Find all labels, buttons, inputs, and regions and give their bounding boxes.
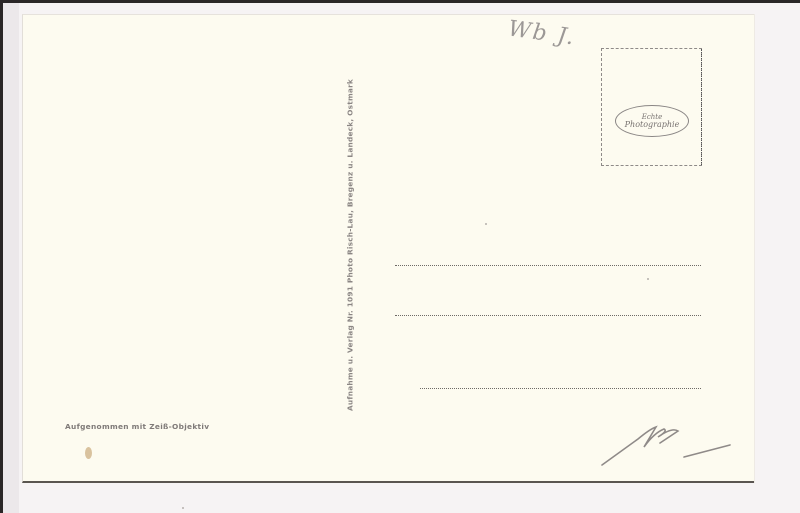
stain-mark [85, 447, 92, 459]
stamp-box: Echte Photographie [601, 48, 702, 166]
postcard-back: Aufnahme u. Verlag Nr. 1091 Photo Risch-… [22, 14, 754, 483]
handwritten-note: Wb J. [507, 16, 578, 50]
echte-photographie-logo: Echte Photographie [615, 105, 689, 137]
speck [485, 223, 487, 225]
scan-edge-top [0, 0, 800, 3]
logo-line-2: Photographie [625, 121, 680, 129]
address-line-1 [395, 265, 701, 266]
address-line-3 [420, 388, 701, 389]
signature-icon [598, 413, 738, 473]
scan-shadow [3, 3, 19, 513]
speck [182, 507, 184, 509]
lens-credit-text: Aufgenommen mit Zeiß-Objektiv [65, 422, 209, 431]
publisher-divider-text: Aufnahme u. Verlag Nr. 1091 Photo Risch-… [346, 79, 355, 411]
address-line-2 [395, 315, 701, 316]
speck [647, 278, 649, 280]
